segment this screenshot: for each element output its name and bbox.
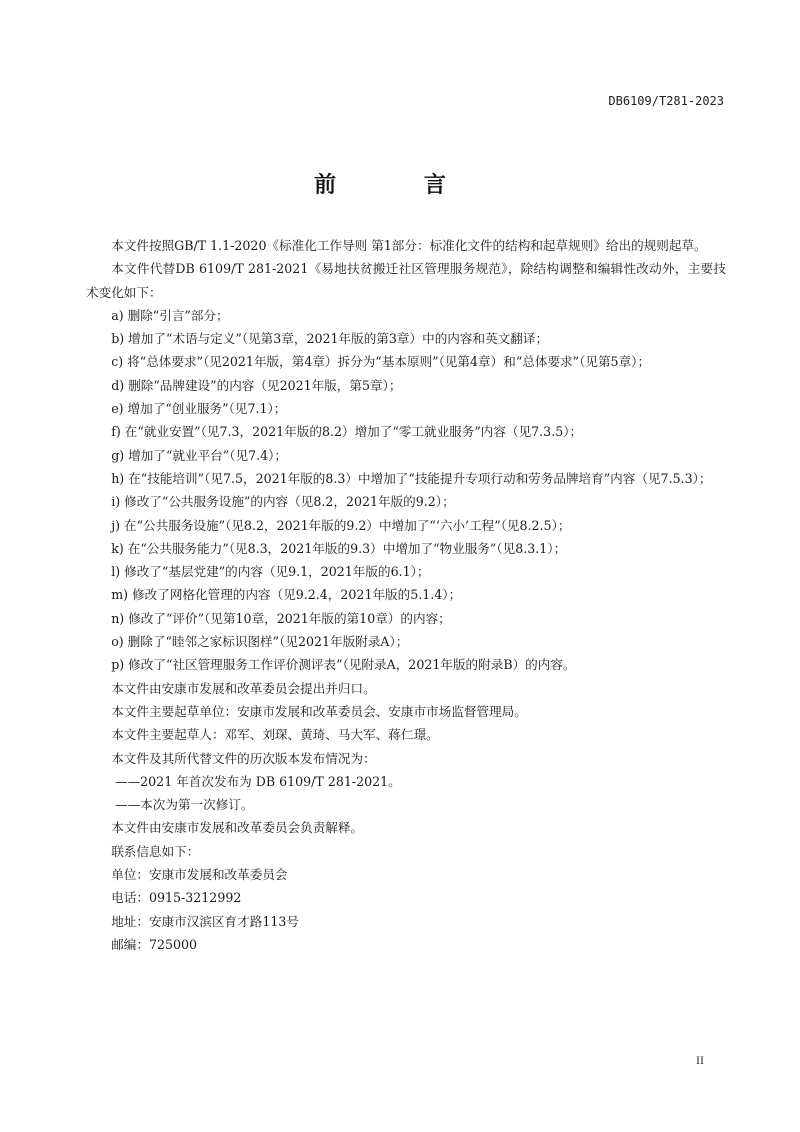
history-intro: 本文件及其所代替文件的历次版本发布情况为： (86, 747, 726, 770)
contact-intro: 联系信息如下： (86, 840, 726, 863)
change-item: o) 删除了“睦邻之家标识图样”（见2021年版附录A）； (86, 630, 726, 653)
change-item: b) 增加了“术语与定义”（见第3章，2021年版的第3章）中的内容和英文翻译； (86, 327, 726, 350)
page-title: 前 言 (0, 168, 800, 199)
change-item: h) 在“技能培训”（见7.5，2021年版的8.3）中增加了“技能提升专项行动… (86, 467, 726, 490)
change-item: m) 修改了网格化管理的内容（见9.2.4，2021年版的5.1.4）； (86, 583, 726, 606)
contact-unit: 单位：安康市发展和改革委员会 (86, 863, 726, 886)
interpreter-statement: 本文件由安康市发展和改革委员会负责解释。 (86, 816, 726, 839)
contact-phone: 电话：0915-3212992 (86, 886, 726, 909)
change-item: i) 修改了“公共服务设施”的内容（见8.2，2021年版的9.2）； (86, 490, 726, 513)
history-item: ——2021 年首次发布为 DB 6109/T 281-2021。 (86, 770, 726, 793)
paragraph-replacement: 本文件代替DB 6109/T 281-2021《易地扶贫搬迁社区管理服务规范》，… (86, 257, 726, 304)
change-item: l) 修改了“基层党建”的内容（见9.1，2021年版的6.1）； (86, 560, 726, 583)
change-item: j) 在“公共服务设施”（见8.2，2021年版的9.2）中增加了“‘六小’工程… (86, 514, 726, 537)
page-number: II (696, 1053, 704, 1068)
history-item: ——本次为第一次修订。 (86, 793, 726, 816)
change-item: e) 增加了“创业服务”（见7.1）； (86, 397, 726, 420)
drafting-units-statement: 本文件主要起草单位：安康市发展和改革委员会、安康市市场监督管理局。 (86, 700, 726, 723)
change-item: g) 增加了“就业平台”（见7.4）； (86, 444, 726, 467)
change-list: a) 删除“引言”部分； b) 增加了“术语与定义”（见第3章，2021年版的第… (86, 304, 726, 677)
contact-postcode: 邮编：725000 (86, 933, 726, 956)
change-item: k) 在“公共服务能力”（见8.3，2021年版的9.3）中增加了“物业服务”（… (86, 537, 726, 560)
proposer-statement: 本文件由安康市发展和改革委员会提出并归口。 (86, 677, 726, 700)
change-item: d) 删除“品牌建设”的内容（见2021年版，第5章）； (86, 374, 726, 397)
drafters-statement: 本文件主要起草人：邓军、刘琛、黄琦、马大军、蒋仁璟。 (86, 723, 726, 746)
paragraph-drafting-rule: 本文件按照GB/T 1.1-2020《标准化工作导则 第1部分：标准化文件的结构… (86, 234, 726, 257)
change-item: c) 将“总体要求”（见2021年版，第4章）拆分为“基本原则”（见第4章）和“… (86, 350, 726, 373)
change-item: n) 修改了“评价”（见第10章，2021年版的第10章）的内容； (86, 607, 726, 630)
contact-address: 地址：安康市汉滨区育才路113号 (86, 910, 726, 933)
change-item: f) 在“就业安置”（见7.3，2021年版的8.2）增加了“零工就业服务”内容… (86, 420, 726, 443)
document-body: 本文件按照GB/T 1.1-2020《标准化工作导则 第1部分：标准化文件的结构… (86, 234, 726, 956)
change-item: a) 删除“引言”部分； (86, 304, 726, 327)
change-item: p) 修改了“社区管理服务工作评价测评表”（见附录A，2021年版的附录B）的内… (86, 653, 726, 676)
document-code: DB6109/T281-2023 (608, 94, 724, 108)
